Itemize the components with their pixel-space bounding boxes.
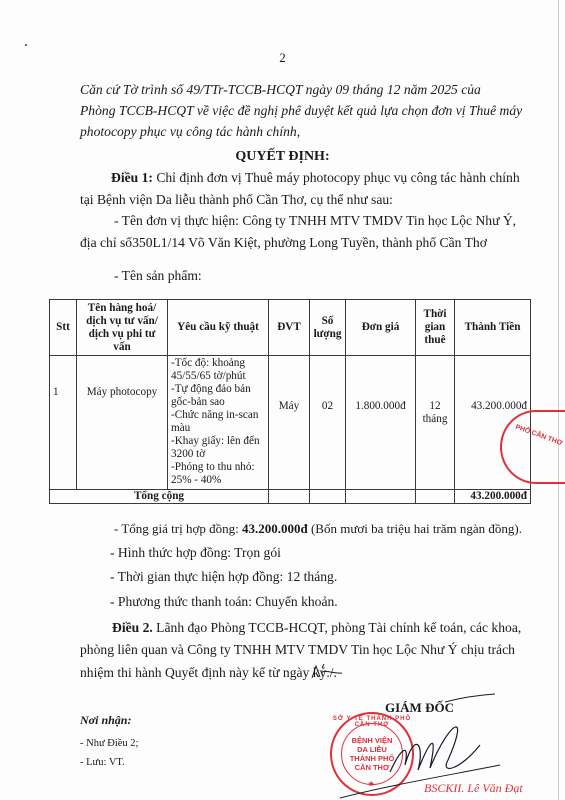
cell-requirements: -Tốc độ: khoảng 45/55/65 tờ/phút -Tự độn… <box>168 356 269 490</box>
table-header-row: Stt Tên hàng hoá/ dịch vụ tư vấn/ dịch v… <box>50 300 531 356</box>
header-quantity: Số lượng <box>310 300 346 356</box>
header-rental-period: Thời gian thuê <box>416 300 455 356</box>
contract-value: - Tổng giá trị hợp đồng: 43.200.000đ (Bố… <box>114 521 522 537</box>
side-stamp-text: PHỐ CẦN THƠ <box>514 424 563 448</box>
header-unit-price: Đơn giá <box>346 300 416 356</box>
decision-title: QUYẾT ĐỊNH: <box>0 149 565 165</box>
cell-name: Máy photocopy <box>77 356 168 490</box>
contractor-line-2: địa chỉ số350L1/14 Võ Văn Kiệt, phường L… <box>80 235 487 251</box>
page-number: 2 <box>0 50 565 66</box>
article2-label: Điều 2. <box>112 620 153 635</box>
header-total: Thành Tiền <box>455 300 531 356</box>
article1-line-2: tại Bệnh viện Da liễu thành phố Cần Thơ,… <box>80 192 393 208</box>
cell-quantity: 02 <box>310 356 346 490</box>
header-name: Tên hàng hoá/ dịch vụ tư vấn/ dịch vụ ph… <box>77 300 168 356</box>
table-sum-row: Tổng cộng 43.200.000đ <box>50 490 531 504</box>
contract-form: - Hình thức hợp đồng: Trọn gói <box>110 545 281 561</box>
document-page: 2 Căn cứ Tờ trình số 49/TTr-TCCB-HCQT ng… <box>0 0 565 800</box>
preamble-line-1: Căn cứ Tờ trình số 49/TTr-TCCB-HCQT ngày… <box>80 82 481 98</box>
cell-unit: Máy <box>269 356 310 490</box>
signer-name: BSCKII. Lê Văn Đạt <box>424 781 523 796</box>
recipients-title: Nơi nhận: <box>80 712 131 728</box>
initial-mark <box>308 660 348 682</box>
side-stamp: PHỐ CẦN THƠ <box>500 410 565 484</box>
header-stt: Stt <box>50 300 77 356</box>
header-unit: ĐVT <box>269 300 310 356</box>
cell-rental-period: 12 tháng <box>416 356 455 490</box>
article1-label: Điều 1: <box>111 170 153 185</box>
preamble-line-3: photocopy phục vụ công tác hành chính, <box>80 124 300 140</box>
page-edge <box>558 0 559 800</box>
goods-table: Stt Tên hàng hoá/ dịch vụ tư vấn/ dịch v… <box>49 299 531 504</box>
cell-stt: 1 <box>50 356 77 490</box>
contractor-line-1: - Tên đơn vị thực hiện: Công ty TNHH MTV… <box>114 213 516 229</box>
scan-speck <box>25 44 27 46</box>
contract-duration: - Thời gian thực hiện hợp đồng: 12 tháng… <box>110 569 337 585</box>
cell-unit-price: 1.800.000đ <box>346 356 416 490</box>
contract-payment: - Phương thức thanh toán: Chuyển khoản. <box>110 594 338 610</box>
contract-value-amount: 43.200.000đ <box>242 521 308 536</box>
preamble-line-2: Phòng TCCB-HCQT về việc đề nghị phê duyệ… <box>80 103 522 119</box>
sum-label: Tổng cộng <box>50 490 269 504</box>
table-row: 1 Máy photocopy -Tốc độ: khoảng 45/55/65… <box>50 356 531 490</box>
article1-text: Chỉ định đơn vị Thuê máy photocopy phục … <box>153 170 520 185</box>
article2-line-3: nhiệm thi hành Quyết định này kể từ ngày… <box>80 665 337 681</box>
article2-line-2: phòng liên quan và Công ty TNHH MTV TMDV… <box>80 642 515 658</box>
product-label: - Tên sản phẩm: <box>114 268 202 284</box>
header-requirements: Yêu cầu kỹ thuật <box>168 300 269 356</box>
recipient-item: - Như Điều 2; <box>80 736 138 752</box>
article1-line-1: Điều 1: Chỉ định đơn vị Thuê máy photoco… <box>111 170 520 186</box>
sum-total: 43.200.000đ <box>455 490 531 504</box>
recipient-item: - Lưu: VT. <box>80 755 125 771</box>
article2-line-1: Điều 2. Lãnh đạo Phòng TCCB-HCQT, phòng … <box>112 620 521 636</box>
